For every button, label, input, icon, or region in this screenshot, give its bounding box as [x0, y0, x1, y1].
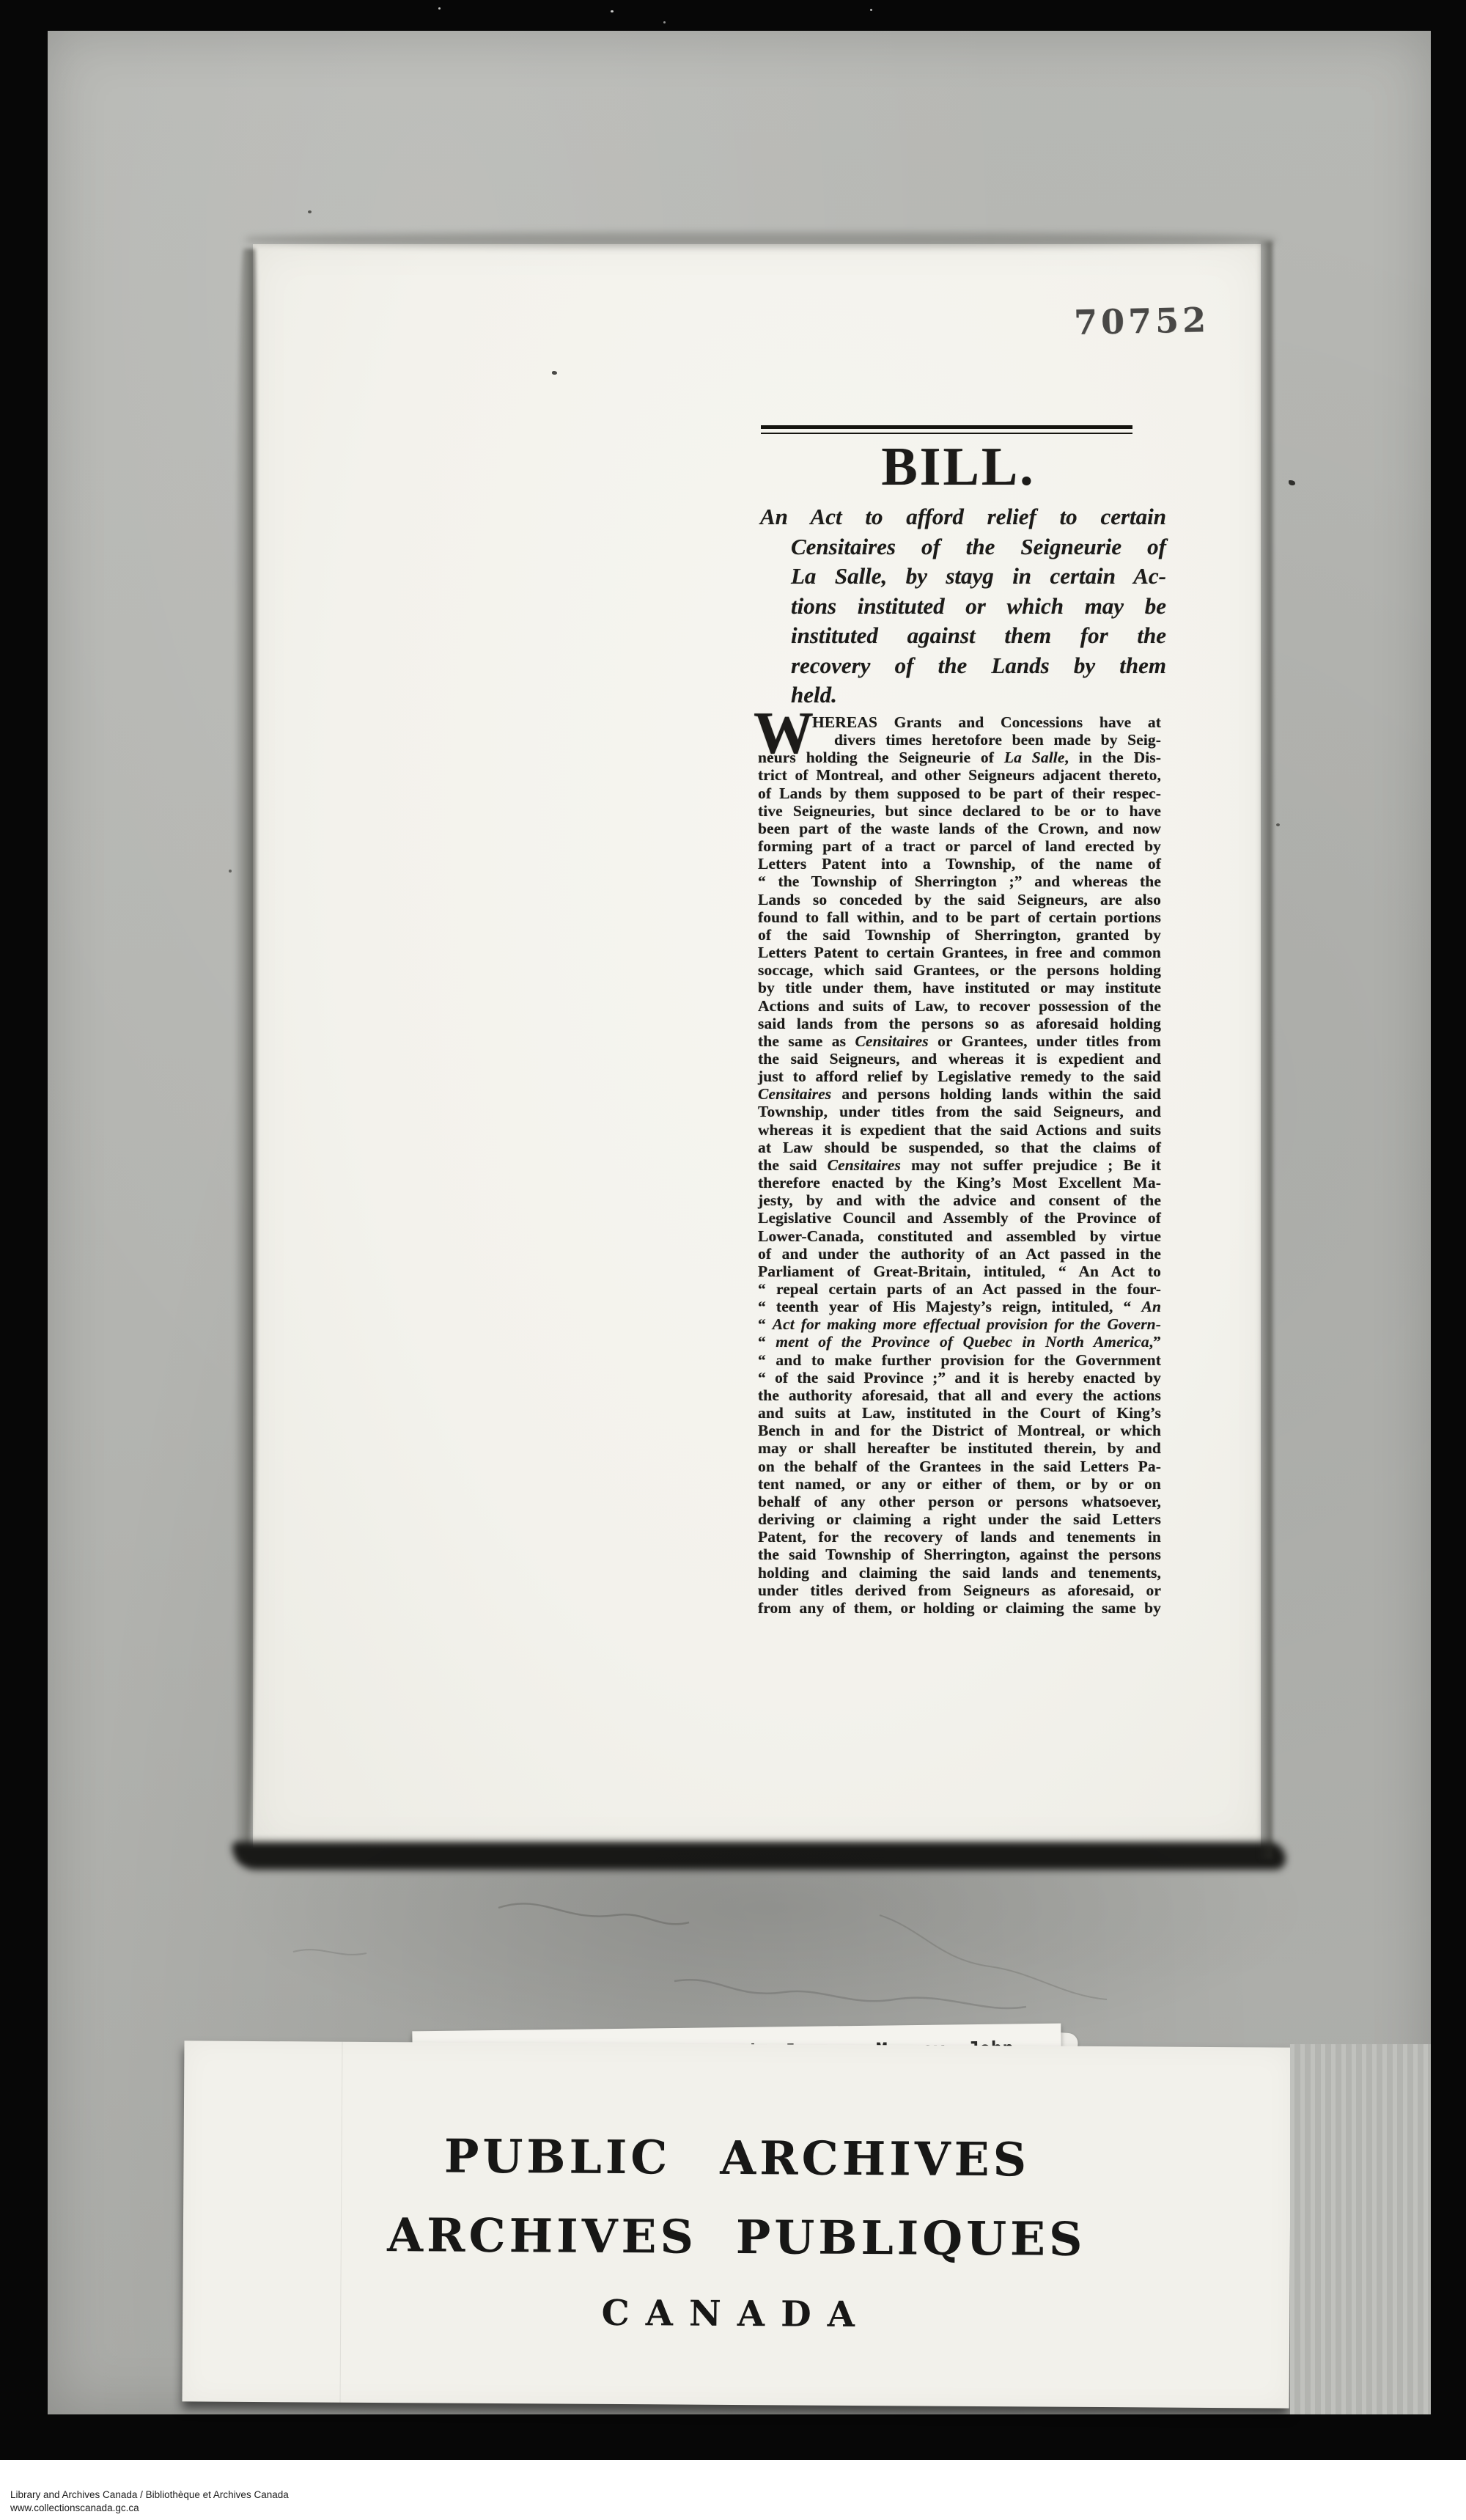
photo-area: 70752 BILL. An Act to afford relief to c…: [48, 31, 1431, 2414]
text-line: just to afford relief by Legislative rem…: [758, 1068, 1161, 1085]
text-line: of Lands by them supposed to be part of …: [758, 785, 1161, 802]
public-archives-card: PUBLIC ARCHIVES ARCHIVES PUBLIQUES CANAD…: [183, 2040, 1292, 2408]
text-line: Lower-Canada, constituted and assembled …: [758, 1227, 1161, 1245]
text-line: of and under the authority of an Act pas…: [758, 1245, 1161, 1263]
text-line: recovery of the Lands by them: [760, 651, 1166, 681]
text-line: trict of Montreal, and other Seigneurs a…: [758, 766, 1161, 784]
text-line: under titles derived from Seigneurs as a…: [758, 1582, 1161, 1599]
text-line: Legislative Council and Assembly of the …: [758, 1209, 1161, 1227]
paper-top-edge-shadow: [246, 232, 1275, 247]
text-line: Actions and suits of Law, to recover pos…: [758, 997, 1161, 1015]
text-line: from any of them, or holding or claiming…: [758, 1599, 1161, 1617]
text-line: said lands from the persons so as afores…: [758, 1015, 1161, 1032]
text-line: Letters Patent to certain Grantees, in f…: [758, 944, 1161, 961]
bill-document-page: 70752 BILL. An Act to afford relief to c…: [253, 244, 1261, 1848]
lac-footer-strip: Library and Archives Canada / Bibliothèq…: [0, 2460, 1466, 2520]
dust-speck: [1276, 823, 1280, 826]
text-line: Parliament of Great-Britain, intituled, …: [758, 1263, 1161, 1280]
text-line: instituted against them for the: [760, 621, 1166, 651]
text-line: Patent, for the recovery of lands and te…: [758, 1528, 1161, 1546]
text-line: “ of the said Province ;” and it is here…: [758, 1369, 1161, 1386]
dust-speck: [870, 9, 872, 11]
text-line: holding and claiming the said lands and …: [758, 1564, 1161, 1582]
text-line: of the said Township of Sherrington, gra…: [758, 926, 1161, 944]
dust-speck: [552, 371, 557, 375]
text-line: Letters Patent into a Township, of the n…: [758, 855, 1161, 873]
card-title-english: PUBLIC ARCHIVES: [183, 2127, 1290, 2188]
text-line: “ Act for making more effectual provisio…: [758, 1315, 1161, 1333]
text-line: held.: [760, 680, 1166, 710]
text-line: may or shall hereafter be instituted the…: [758, 1439, 1161, 1457]
dust-speck: [611, 10, 614, 12]
paper-right-edge-shadow: [1258, 241, 1272, 1859]
text-line: “ and to make further provision for the …: [758, 1351, 1161, 1369]
archive-stamp-number: 70752: [1073, 300, 1209, 342]
dust-speck: [438, 7, 441, 10]
text-line: “ repeal certain parts of an Act passed …: [758, 1280, 1161, 1298]
text-line: whereas it is expedient that the said Ac…: [758, 1121, 1161, 1139]
dust-speck: [1289, 480, 1295, 485]
text-line: the said Township of Sherrington, agains…: [758, 1546, 1161, 1563]
text-line: “ ment of the Province of Quebec in Nort…: [758, 1333, 1161, 1351]
background-creases: [220, 1864, 1319, 2054]
text-line: Bench in and for the District of Montrea…: [758, 1422, 1161, 1439]
text-line: therefore enacted by the King’s Most Exc…: [758, 1174, 1161, 1191]
text-line: Censitaires and persons holding lands wi…: [758, 1085, 1161, 1103]
text-line: soccage, which said Grantees, or the per…: [758, 961, 1161, 979]
text-line: Township, under titles from the said Sei…: [758, 1103, 1161, 1120]
dust-speck: [663, 21, 666, 23]
text-line: tive Seigneuries, but since declared to …: [758, 802, 1161, 820]
text-line: on the behalf of the Grantees in the sai…: [758, 1458, 1161, 1475]
text-line: La Salle, by stayg in certain Ac-: [760, 562, 1166, 592]
title-double-rule: [761, 425, 1132, 434]
text-line: the said Censitaires may not suffer prej…: [758, 1156, 1161, 1174]
text-line: “ teenth year of His Majesty’s reign, in…: [758, 1298, 1161, 1315]
bill-title: BILL.: [758, 436, 1159, 499]
text-line: tions instituted or which may be: [760, 592, 1166, 622]
dust-speck: [308, 210, 312, 213]
text-line: Lands so conceded by the said Seigneurs,…: [758, 891, 1161, 908]
text-line: HEREAS Grants and Concessions have at: [758, 713, 1161, 731]
scanned-archive-page: 70752 BILL. An Act to afford relief to c…: [0, 0, 1466, 2520]
text-line: found to fall within, and to be part of …: [758, 908, 1161, 926]
bill-body-text: HEREAS Grants and Concessions have atdiv…: [758, 713, 1161, 1617]
text-line: the said Seigneurs, and whereas it is ex…: [758, 1050, 1161, 1068]
dust-speck: [229, 870, 232, 873]
text-line: been part of the waste lands of the Crow…: [758, 820, 1161, 837]
text-line: forming part of a tract or parcel of lan…: [758, 837, 1161, 855]
photo-right-margin-strip: [1290, 2044, 1431, 2414]
text-line: An Act to afford relief to certain: [760, 502, 1166, 532]
text-line: by title under them, have instituted or …: [758, 979, 1161, 996]
text-line: and suits at Law, instituted in the Cour…: [758, 1404, 1161, 1422]
text-line: deriving or claiming a right under the s…: [758, 1510, 1161, 1528]
text-line: Censitaires of the Seigneurie of: [760, 532, 1166, 562]
lac-footer-url: www.collectionscanada.gc.ca: [10, 2502, 139, 2514]
card-title-french: ARCHIVES PUBLIQUES: [183, 2206, 1290, 2267]
card-title-canada: CANADA: [183, 2290, 1289, 2337]
text-line: the same as Censitaires or Grantees, und…: [758, 1032, 1161, 1050]
bill-preamble: An Act to afford relief to certainCensit…: [760, 502, 1166, 710]
text-line: at Law should be suspended, so that the …: [758, 1139, 1161, 1156]
paper-left-edge-shadow: [234, 249, 256, 1862]
text-line: the authority aforesaid, that all and ev…: [758, 1386, 1161, 1404]
text-line: “ the Township of Sherrington ;” and whe…: [758, 873, 1161, 890]
text-line: tent named, or any or either of them, or…: [758, 1475, 1161, 1493]
lac-footer-line1: Library and Archives Canada / Bibliothèq…: [10, 2489, 289, 2501]
text-line: behalf of any other person or persons wh…: [758, 1493, 1161, 1510]
text-line: divers times heretofore been made by Sei…: [758, 731, 1161, 749]
text-line: neurs holding the Seigneurie of La Salle…: [758, 749, 1161, 766]
text-line: jesty, by and with the advice and consen…: [758, 1191, 1161, 1209]
